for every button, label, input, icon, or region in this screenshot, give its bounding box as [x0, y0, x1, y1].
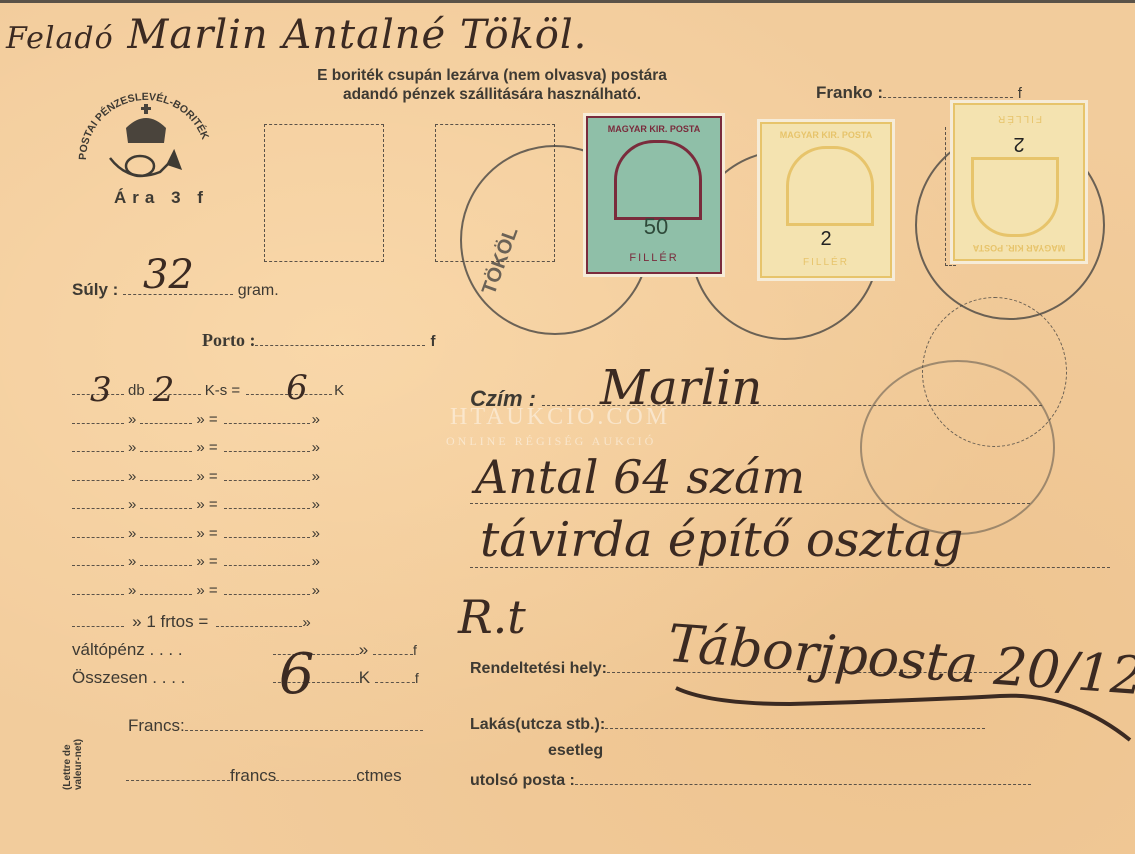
qty-input[interactable] [72, 451, 124, 452]
frtos-total-input[interactable] [216, 626, 302, 627]
db-label: » [128, 496, 136, 513]
unit-label: » = [196, 582, 217, 599]
total-input[interactable] [224, 565, 310, 566]
money-letter-envelope: Feladó Marlin Antalné Tököl. POSTAI PÉNZ… [0, 0, 1135, 854]
db-label: » [128, 411, 136, 428]
valtopenz-unit-k: » [359, 640, 368, 660]
utolso-posta-field: utolsó posta : [470, 772, 1031, 790]
total-unit: » [312, 411, 320, 428]
total-unit: » [312, 439, 320, 456]
denom-value: 2 [153, 370, 175, 410]
osszesen-unit-f: f [415, 670, 419, 686]
francs-amount-input[interactable] [126, 780, 230, 781]
watermark-line-1: HTAUKCIO.COM [450, 404, 670, 431]
denom-input[interactable] [140, 480, 192, 481]
envelope-price: Ára 3 f [114, 188, 209, 208]
stamp-country: MAGYAR KIR. POSTA [963, 243, 1075, 253]
total-input[interactable] [224, 451, 310, 452]
ctmes-word: ctmes [356, 766, 401, 785]
osszesen-row: Összesen . . . . 6 K f [72, 668, 419, 688]
valtopenz-fill-input[interactable] [373, 654, 413, 655]
frtos-qty-input[interactable] [72, 626, 124, 627]
denom-input[interactable]: 2 [149, 394, 201, 395]
side-label-2: valeur-net) [73, 739, 84, 790]
franko-label: Franko : [816, 83, 883, 102]
total-input[interactable] [224, 537, 310, 538]
qty-input[interactable]: 3 [72, 394, 124, 395]
total-unit: K [334, 382, 344, 399]
unit-label: » = [196, 553, 217, 570]
porto-label: Porto : [202, 330, 255, 350]
total-input[interactable] [224, 508, 310, 509]
side-label-1: (Lettre de [62, 739, 73, 790]
lettre-de-valeur-label: (Lettre de valeur-net) [62, 739, 84, 790]
stamp-unit: FILLÉR [772, 257, 880, 268]
stamp-unit: FILLÉR [965, 113, 1073, 124]
stamp-2-filler-inverted: MAGYAR KIR. POSTA 2 FILLÉR [953, 103, 1085, 261]
total-input[interactable] [224, 423, 310, 424]
total-unit: » [312, 496, 320, 513]
francs-field: Francs: [128, 716, 423, 736]
valtopenz-label: váltópénz . . . . [72, 640, 268, 660]
sender-name: Marlin Antalné Tököl. [127, 12, 587, 58]
franko-unit: f [1018, 85, 1022, 102]
count-table-row: 3db2K-s =6K [72, 382, 344, 399]
total-unit: » [312, 553, 320, 570]
qty-value: 3 [90, 370, 112, 410]
usage-notice: E boriték csupán lezárva (nem olvasva) p… [252, 66, 732, 104]
qty-input[interactable] [72, 508, 124, 509]
total-unit: » [312, 582, 320, 599]
stamp-value: 50 [632, 214, 680, 240]
stamp-vignette [786, 146, 874, 226]
stamp-50-filler: MAGYAR KIR. POSTA 50 FILLÉR [586, 116, 722, 274]
francs-ctmes-field: francsctmes [126, 766, 402, 786]
count-table-row: »» =» [72, 468, 320, 485]
qty-input[interactable] [72, 594, 124, 595]
sender-label: Feladó [6, 21, 114, 56]
watermark-line-2: ONLINE RÉGISÉG AUKCIÓ [446, 434, 656, 449]
franko-input[interactable] [883, 83, 1013, 98]
frtos-label: » 1 frtos = [132, 612, 208, 632]
postmark-circle-placeholder [922, 297, 1067, 447]
unit-label: » = [196, 439, 217, 456]
stamp-unit: FILLÉR [598, 252, 710, 264]
stamp-value: 2 [999, 132, 1039, 155]
porto-input[interactable] [255, 331, 425, 346]
db-label: » [128, 468, 136, 485]
unit-label: » = [196, 525, 217, 542]
porto-field: Porto : f [202, 330, 436, 351]
sender-line: Feladó Marlin Antalné Tököl. [6, 12, 587, 58]
count-table-row: »» =» [72, 553, 320, 570]
qty-input[interactable] [72, 423, 124, 424]
weight-label: Súly : [72, 280, 118, 299]
count-table-row: »» =» [72, 411, 320, 428]
post-horn-icon [110, 152, 180, 176]
stamp-value: 2 [806, 228, 846, 251]
total-input[interactable] [224, 480, 310, 481]
denom-input[interactable] [140, 537, 192, 538]
address-line-3: távirda építő osztag [480, 512, 963, 568]
unit-label: » = [196, 496, 217, 513]
unit-label: » = [196, 468, 217, 485]
stamp-vignette [971, 157, 1059, 237]
franko-field: Franko : f [816, 83, 1022, 103]
denom-input[interactable] [140, 508, 192, 509]
destination-label: Rendeltetési hely: [470, 660, 607, 677]
holy-crown-icon [126, 104, 166, 143]
weight-field: Súly : 32 gram. [72, 280, 279, 300]
denom-input[interactable] [140, 423, 192, 424]
ctmes-amount-input[interactable] [276, 780, 356, 781]
count-table-row: »» =» [72, 582, 320, 599]
lakas-field: Lakás(utcza stb.): [470, 716, 985, 734]
destination-underline-stroke [670, 680, 1135, 750]
total-unit: » [312, 468, 320, 485]
utolso-posta-input[interactable] [575, 784, 1031, 785]
count-table-row: »» =» [72, 525, 320, 542]
osszesen-unit-k: K [359, 668, 370, 688]
qty-input[interactable] [72, 480, 124, 481]
total-input[interactable]: 6 [246, 394, 332, 395]
db-label: » [128, 553, 136, 570]
total-input[interactable] [224, 594, 310, 595]
weight-value: 32 [143, 252, 194, 298]
weight-unit: gram. [238, 282, 279, 299]
valtopenz-unit-f: f [413, 642, 417, 658]
lakas-label: Lakás(utcza stb.): [470, 716, 605, 733]
notice-line-1: E boriték csupán lezárva (nem olvasva) p… [252, 66, 732, 85]
francs-word: francs [230, 766, 276, 785]
qty-input[interactable] [72, 537, 124, 538]
utolso-posta-label: utolsó posta : [470, 772, 575, 789]
lakas-input[interactable] [605, 728, 985, 729]
weight-input[interactable]: 32 [123, 280, 233, 295]
address-line-4: R.t [458, 590, 526, 644]
osszesen-label: Összesen . . . . [72, 668, 268, 688]
stamp-vignette [614, 140, 702, 220]
stamp-placeholder-box-1 [264, 124, 384, 262]
db-label: » [128, 582, 136, 599]
notice-line-2: adandó pénzek szállitására használható. [252, 85, 732, 104]
osszesen-input[interactable]: 6 [273, 682, 359, 683]
francs-label: Francs: [128, 716, 185, 735]
stamp-country: MAGYAR KIR. POSTA [770, 130, 882, 140]
osszesen-fill-input[interactable] [375, 682, 415, 683]
frtos-total-unit: » [302, 614, 310, 631]
envelope-emblem: POSTAI PÉNZESLEVÉL-BORITÉK Ára 3 f [70, 88, 220, 213]
frtos-row: » 1 frtos = » [72, 612, 311, 632]
count-table-row: »» =» [72, 496, 320, 513]
total-value: 6 [286, 368, 308, 408]
stamp-country: MAGYAR KIR. POSTA [596, 124, 712, 134]
total-unit: » [312, 525, 320, 542]
osszesen-value: 6 [279, 642, 315, 707]
francs-input[interactable] [185, 730, 423, 731]
valtopenz-row: váltópénz . . . . » f [72, 640, 417, 660]
db-label: » [128, 525, 136, 542]
denom-input[interactable] [140, 565, 192, 566]
denom-input[interactable] [140, 594, 192, 595]
address-line-2: Antal 64 szám [475, 450, 805, 504]
porto-unit: f [431, 333, 436, 350]
denom-input[interactable] [140, 451, 192, 452]
qty-input[interactable] [72, 565, 124, 566]
unit-label: » = [196, 411, 217, 428]
esetleg-label: esetleg [548, 742, 603, 760]
stamp-2-filler: MAGYAR KIR. POSTA 2 FILLÉR [760, 122, 892, 278]
db-label: db [128, 382, 145, 399]
count-table-row: »» =» [72, 439, 320, 456]
db-label: » [128, 439, 136, 456]
unit-label: K-s = [205, 382, 240, 399]
